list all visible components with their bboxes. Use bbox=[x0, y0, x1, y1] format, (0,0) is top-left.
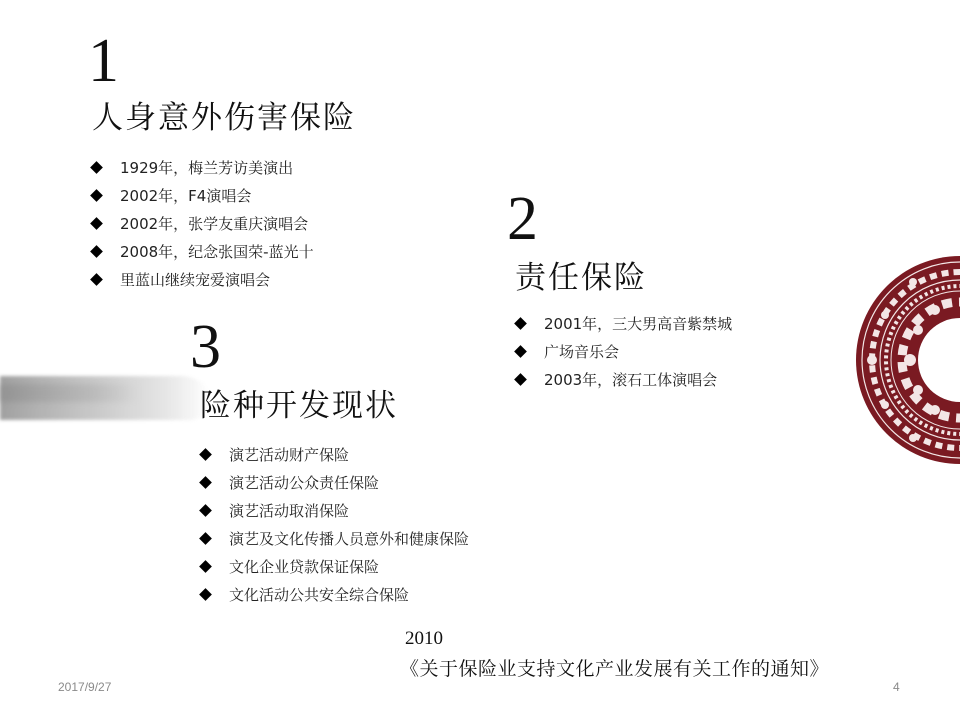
ink-brush-shadow bbox=[0, 384, 140, 402]
diamond-bullet-icon bbox=[514, 345, 527, 358]
diamond-bullet-icon bbox=[199, 532, 212, 545]
list-item: 2003年，滚石工体演唱会 bbox=[512, 366, 732, 394]
list-item: 文化活动公共安全综合保险 bbox=[197, 581, 469, 609]
list-item: 演艺活动取消保险 bbox=[197, 497, 469, 525]
diamond-bullet-icon bbox=[199, 448, 212, 461]
list-item: 文化企业贷款保证保险 bbox=[197, 553, 469, 581]
diamond-bullet-icon bbox=[90, 217, 103, 230]
diamond-bullet-icon bbox=[514, 317, 527, 330]
list-item: 演艺及文化传播人员意外和健康保险 bbox=[197, 525, 469, 553]
list-item: 演艺活动财产保险 bbox=[197, 441, 469, 469]
diamond-bullet-icon bbox=[90, 273, 103, 286]
notice-year: 2010 bbox=[405, 628, 443, 650]
footer-date: 2017/9/27 bbox=[58, 680, 111, 694]
diamond-bullet-icon bbox=[514, 373, 527, 386]
section-1-number: 1 bbox=[88, 30, 119, 92]
list-item: 2002年，张学友重庆演唱会 bbox=[88, 210, 314, 238]
diamond-bullet-icon bbox=[90, 161, 103, 174]
notice-title: 《关于保险业支持文化产业发展有关工作的通知》 bbox=[400, 654, 829, 681]
section-3-number: 3 bbox=[190, 316, 221, 378]
diamond-bullet-icon bbox=[199, 476, 212, 489]
section-1-title: 人身意外伤害保险 bbox=[92, 100, 356, 136]
list-item: 广场音乐会 bbox=[512, 338, 732, 366]
section-2-list: 2001年，三大男高音紫禁城 广场音乐会 2003年，滚石工体演唱会 bbox=[512, 310, 732, 394]
section-3-list: 演艺活动财产保险 演艺活动公众责任保险 演艺活动取消保险 演艺及文化传播人员意外… bbox=[197, 441, 469, 609]
diamond-bullet-icon bbox=[199, 560, 212, 573]
list-item: 演艺活动公众责任保险 bbox=[197, 469, 469, 497]
chinese-ornament-disc bbox=[855, 255, 960, 465]
diamond-bullet-icon bbox=[199, 504, 212, 517]
slide-number: 4 bbox=[893, 680, 900, 694]
list-item: 2001年，三大男高音紫禁城 bbox=[512, 310, 732, 338]
list-item: 2008年，纪念张国荣-蓝光十 bbox=[88, 238, 314, 266]
list-item: 1929年，梅兰芳访美演出 bbox=[88, 154, 314, 182]
section-2-number: 2 bbox=[507, 188, 538, 250]
section-2-title: 责任保险 bbox=[515, 260, 647, 296]
section-3-title: 险种开发现状 bbox=[200, 388, 398, 424]
diamond-bullet-icon bbox=[90, 245, 103, 258]
list-item: 2002年，F4演唱会 bbox=[88, 182, 314, 210]
section-1-list: 1929年，梅兰芳访美演出 2002年，F4演唱会 2002年，张学友重庆演唱会… bbox=[88, 154, 314, 294]
diamond-bullet-icon bbox=[199, 588, 212, 601]
diamond-bullet-icon bbox=[90, 189, 103, 202]
list-item: 里蓝山继续宠爱演唱会 bbox=[88, 266, 314, 294]
